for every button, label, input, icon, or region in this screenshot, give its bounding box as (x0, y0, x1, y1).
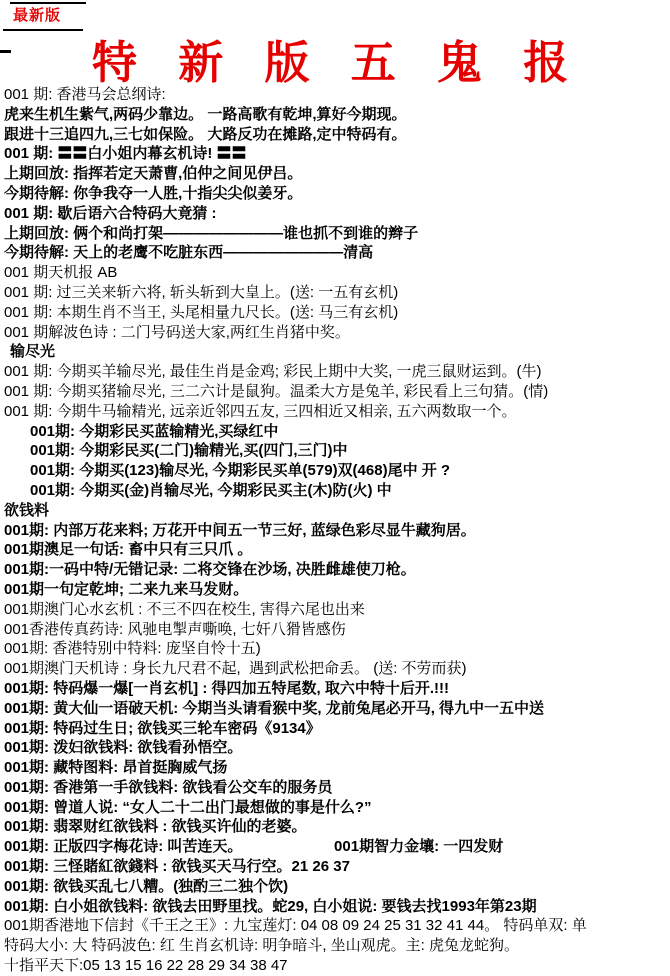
five-ghost-report-page: 最新版 特 新 版 五 鬼 报 001 期: 香港马会总纲诗:虎来生机生紫气,两… (0, 0, 670, 976)
report-line: 今期待解: 天上的老鹰不吃脏东西————————清高 (0, 243, 670, 263)
report-line: 001期: 欲钱买乱七八糟。(独酌三二独个饮) (0, 877, 670, 897)
report-line: 001期: 藏特图料: 昂首挺胸威气扬 (0, 758, 670, 778)
report-line: 001期澳足一句话: 畜中只有三只爪 。 (0, 540, 670, 560)
page-title: 特 新 版 五 鬼 报 (92, 26, 570, 91)
report-line: 跟进十三追四九,三七如保险。 大路反功在摊路,定中特码有。 (0, 125, 670, 145)
report-line: 001 期: 香港马会总纲诗: (0, 85, 670, 105)
report-line: 001期: 正版四字梅花诗: 叫苦连天。 001期智力金壤: 一四发财 (0, 837, 670, 857)
report-line: 虎来生机生紫气,两码少靠边。 一路高歌有乾坤,算好今期现。 (0, 105, 670, 125)
report-line: 001 期: 过三关来斩六将, 斩头斩到大皇上。(送: 一五有玄机) (0, 283, 670, 303)
report-line: 001香港传真药诗: 风驰电掣声嘶唤, 七奸八猾皆感伤 (0, 620, 670, 640)
report-line: 上期回放: 俩个和尚打架————————谁也抓不到谁的辫子 (0, 224, 670, 244)
report-line: 001期: 今期买(123)输尽光, 今期彩民买单(579)双(468)尾中 开… (0, 461, 670, 481)
report-line: 001期: 三怪賭紅欲錢料 : 欲钱买天马行空。21 26 37 (0, 857, 670, 877)
report-line: 001期: 香港第一手欲钱料: 欲钱看公交车的服务员 (0, 778, 670, 798)
badge-rule-bottom (3, 29, 83, 31)
report-line: 001期香港地下信封《千王之王》: 九宝莲灯: 04 08 09 24 25 3… (0, 916, 670, 936)
report-line: 001期: 特码爆一爆[一肖玄机] : 得四加五特尾数, 取六中特十后开.!!! (0, 679, 670, 699)
report-line: 001期澳门心水玄机 : 不三不四在校生, 害得六尾也出来 (0, 600, 670, 620)
report-line: 001期:一码中特/无错记录: 二将交锋在沙场, 决胜雌雄使刀枪。 (0, 560, 670, 580)
report-line: 001期: 泼妇欲钱料: 欲钱看孙悟空。 (0, 738, 670, 758)
report-line: 001期: 白小姐欲钱料: 欲钱去田野里找。蛇29, 白小姐说: 要钱去找199… (0, 897, 670, 917)
report-line: 001 期: 今期买羊输尽光, 最佳生肖是金鸡; 彩民上期中大奖, 一虎三鼠财运… (0, 362, 670, 382)
report-line: 001期: 今期买(金)肖输尽光, 今期彩民买主(木)防(火) 中 (0, 481, 670, 501)
report-line: 001期: 内部万花来料; 万花开中间五一节三好, 蓝绿色彩尽显牛藏狗居。 (0, 521, 670, 541)
report-line: 001 期: 〓〓白小姐内幕玄机诗! 〓〓 (0, 144, 670, 164)
report-body: 001 期: 香港马会总纲诗:虎来生机生紫气,两码少靠边。 一路高歌有乾坤,算好… (0, 85, 670, 976)
report-line: 001 期解波色诗 : 二门号码送大家,两红生肖猪中奖。 (0, 323, 670, 343)
report-line: 001 期: 歇后语六合特码大竟猜 : (0, 204, 670, 224)
latest-edition-badge: 最新版 (13, 4, 61, 25)
report-line: 001期: 特码过生日; 欲钱买三轮车密码《9134》 (0, 719, 670, 739)
report-line: 001 期天机报 AB (0, 263, 670, 283)
report-line: 001期: 今期彩民买(二门)输精光,买(四门,三门)中 (0, 441, 670, 461)
report-line: 001期: 今期彩民买蓝输精光,买绿红中 (0, 422, 670, 442)
margin-tick (0, 50, 11, 53)
report-line: 001 期: 本期生肖不当王, 头尾相量九尺长。(送: 马三有玄机) (0, 303, 670, 323)
report-line: 十指平天下:05 13 15 16 22 28 29 34 38 47 (0, 956, 670, 976)
report-line: 001期: 曾道人说: “女人二十二出门最想做的事是什么?” (0, 798, 670, 818)
report-line: 001期澳门天机诗 : 身长九尺君不起, 遇到武松把命丢。 (送: 不劳而获) (0, 659, 670, 679)
report-line: 001期: 香港特别中特料: 庞坚自怜十五) (0, 639, 670, 659)
report-line: 001期: 翡翠财红欲钱料 : 欲钱买许仙的老婆。 (0, 817, 670, 837)
report-line: 001期一句定乾坤; 二来九来马发财。 (0, 580, 670, 600)
report-line: 001 期: 今期买猪输尽光, 三二六计是鼠狗。温柔大方是兔羊, 彩民看上三句猜… (0, 382, 670, 402)
report-line: 上期回放: 指挥若定天萧曹,伯仲之间见伊吕。 (0, 164, 670, 184)
report-line: 001期: 黄大仙一语破天机: 今期当头请看猴中奖, 龙前兔尾必开马, 得九中一… (0, 699, 670, 719)
report-line: 输尽光 (0, 342, 670, 362)
report-line: 欲钱料 (0, 501, 670, 521)
report-line: 今期待解: 你争我夺一人胜,十指尖尖似姜牙。 (0, 184, 670, 204)
report-line: 001 期: 今期牛马输精光, 远亲近邻四五友, 三四相近又相亲, 五六两数取一… (0, 402, 670, 422)
report-line: 特码大小: 大 特码波色: 红 生肖玄机诗: 明争暗斗, 坐山观虎。主: 虎兔龙… (0, 936, 670, 956)
